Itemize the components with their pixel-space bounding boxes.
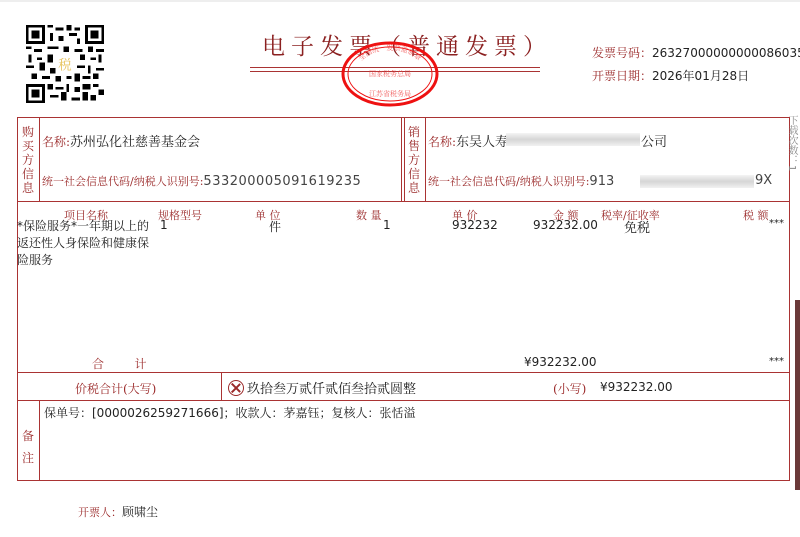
- label-char: 销: [407, 125, 421, 139]
- buyer-name-label: 名称:: [42, 135, 70, 149]
- label-char: 息: [407, 181, 421, 195]
- divider: [17, 201, 790, 202]
- vertical-scrollbar[interactable]: [795, 300, 800, 490]
- remarks-text: 保单号：[0000026259271666]；收款人：茅嘉钰；复核人：张恬溢: [44, 404, 416, 421]
- item-name-line: 险服务: [17, 252, 149, 269]
- buyer-tax-id-label: 统一社会信息代码/纳税人识别号:: [42, 175, 203, 188]
- label-char: 息: [21, 181, 35, 195]
- item-name-line: 返还性人身保险和健康保: [17, 235, 149, 252]
- seller-name-prefix: 东吴人寿: [456, 135, 508, 150]
- buyer-name-value: 苏州弘化社慈善基金会: [70, 135, 200, 150]
- buyer-name: 名称:苏州弘化社慈善基金会: [42, 131, 200, 150]
- label-char: 购: [21, 125, 35, 139]
- item-spec: 1: [160, 218, 168, 232]
- invoice-date: 开票日期：2026年01月28日: [592, 67, 749, 84]
- seller-name: 名称:东吴人寿: [428, 131, 508, 150]
- header-qty: 数 量: [356, 207, 382, 223]
- divider: [404, 117, 405, 201]
- seller-tax-id-label: 统一社会信息代码/纳税人识别号:: [428, 175, 589, 188]
- grand-total-in-figures: ¥932232.00: [600, 380, 673, 394]
- grand-total-label: 价税合计(大写): [75, 380, 156, 397]
- grand-total-words-value: 玖拾叁万贰仟贰佰叁拾贰圆整: [247, 382, 416, 397]
- buyer-section-label: 购 买 方 信 息: [21, 125, 35, 195]
- label-char: 注: [21, 447, 35, 469]
- label-char: 备: [21, 425, 35, 447]
- item-name-line: *保险服务*一年期以上的: [17, 218, 149, 235]
- label-char: 买: [21, 139, 35, 153]
- invoice-number-label: 发票号码：: [592, 46, 652, 60]
- label-char: 方: [407, 153, 421, 167]
- item-unit: 件: [269, 218, 281, 235]
- label-char: 信: [407, 167, 421, 181]
- label-char: 方: [21, 153, 35, 167]
- total-label: 合 计: [92, 355, 147, 372]
- issuer-value: 顾啸尘: [122, 505, 158, 519]
- redacted-seller-name: [506, 133, 640, 146]
- seller-tax-id-suffix: 9X: [755, 173, 772, 188]
- divider: [401, 117, 402, 201]
- invoice-date-label: 开票日期：: [592, 69, 652, 83]
- invoice-number-value: 26327000000000086035: [652, 46, 800, 60]
- divider: [39, 117, 40, 201]
- header-tax-amount: 税 额: [743, 207, 769, 223]
- label-char: 售: [407, 139, 421, 153]
- buyer-tax-id: 统一社会信息代码/纳税人识别号:533200005091619235: [42, 173, 361, 189]
- stamp-middle-text: 国家税务总局: [369, 69, 411, 78]
- seller-name-suffix: 公司: [641, 131, 667, 150]
- divider: [17, 400, 790, 401]
- seller-section-label: 销 售 方 信 息: [407, 125, 421, 195]
- redacted-seller-tax-id: [640, 175, 754, 188]
- divider: [425, 117, 426, 201]
- item-tax-rate: 免税: [624, 217, 650, 236]
- item-tax-amount: ***: [769, 218, 784, 229]
- divider: [221, 372, 222, 400]
- item-name: *保险服务*一年期以上的 返还性人身保险和健康保 险服务: [17, 218, 149, 269]
- cancel-x-circle-icon: [228, 380, 244, 396]
- item-price: 932232: [452, 218, 498, 232]
- official-seal-stamp: 全国统一发票监制章 国家税务总局 江苏省税务局: [340, 40, 440, 108]
- seller-tax-id: 统一社会信息代码/纳税人识别号:913: [428, 173, 614, 189]
- remarks-section-label: 备 注: [21, 425, 35, 469]
- seller-tax-id-prefix: 913: [589, 174, 614, 189]
- issuer-label: 开票人：: [78, 506, 122, 519]
- item-qty: 1: [383, 218, 391, 232]
- grand-total-small-label: (小写): [553, 380, 586, 397]
- item-amount: 932232.00: [533, 218, 598, 232]
- issuer: 开票人：顾啸尘: [78, 503, 158, 520]
- divider: [17, 372, 790, 373]
- download-count-note: 下载次数：1: [784, 115, 799, 171]
- qr-code: 税: [26, 25, 104, 103]
- divider: [39, 400, 40, 481]
- qr-center-char: 税: [58, 57, 71, 73]
- total-amount: ¥932232.00: [524, 355, 597, 369]
- label-char: 信: [21, 167, 35, 181]
- invoice-number: 发票号码：26327000000000086035: [592, 44, 800, 61]
- seller-name-label: 名称:: [428, 135, 456, 149]
- buyer-tax-id-value: 533200005091619235: [203, 174, 361, 189]
- stamp-bottom-text: 江苏省税务局: [369, 89, 411, 98]
- top-strip: [0, 0, 800, 2]
- grand-total-in-words: 玖拾叁万贰仟贰佰叁拾贰圆整: [228, 378, 416, 397]
- total-tax: ***: [769, 356, 784, 367]
- invoice-date-value: 2026年01月28日: [652, 69, 749, 83]
